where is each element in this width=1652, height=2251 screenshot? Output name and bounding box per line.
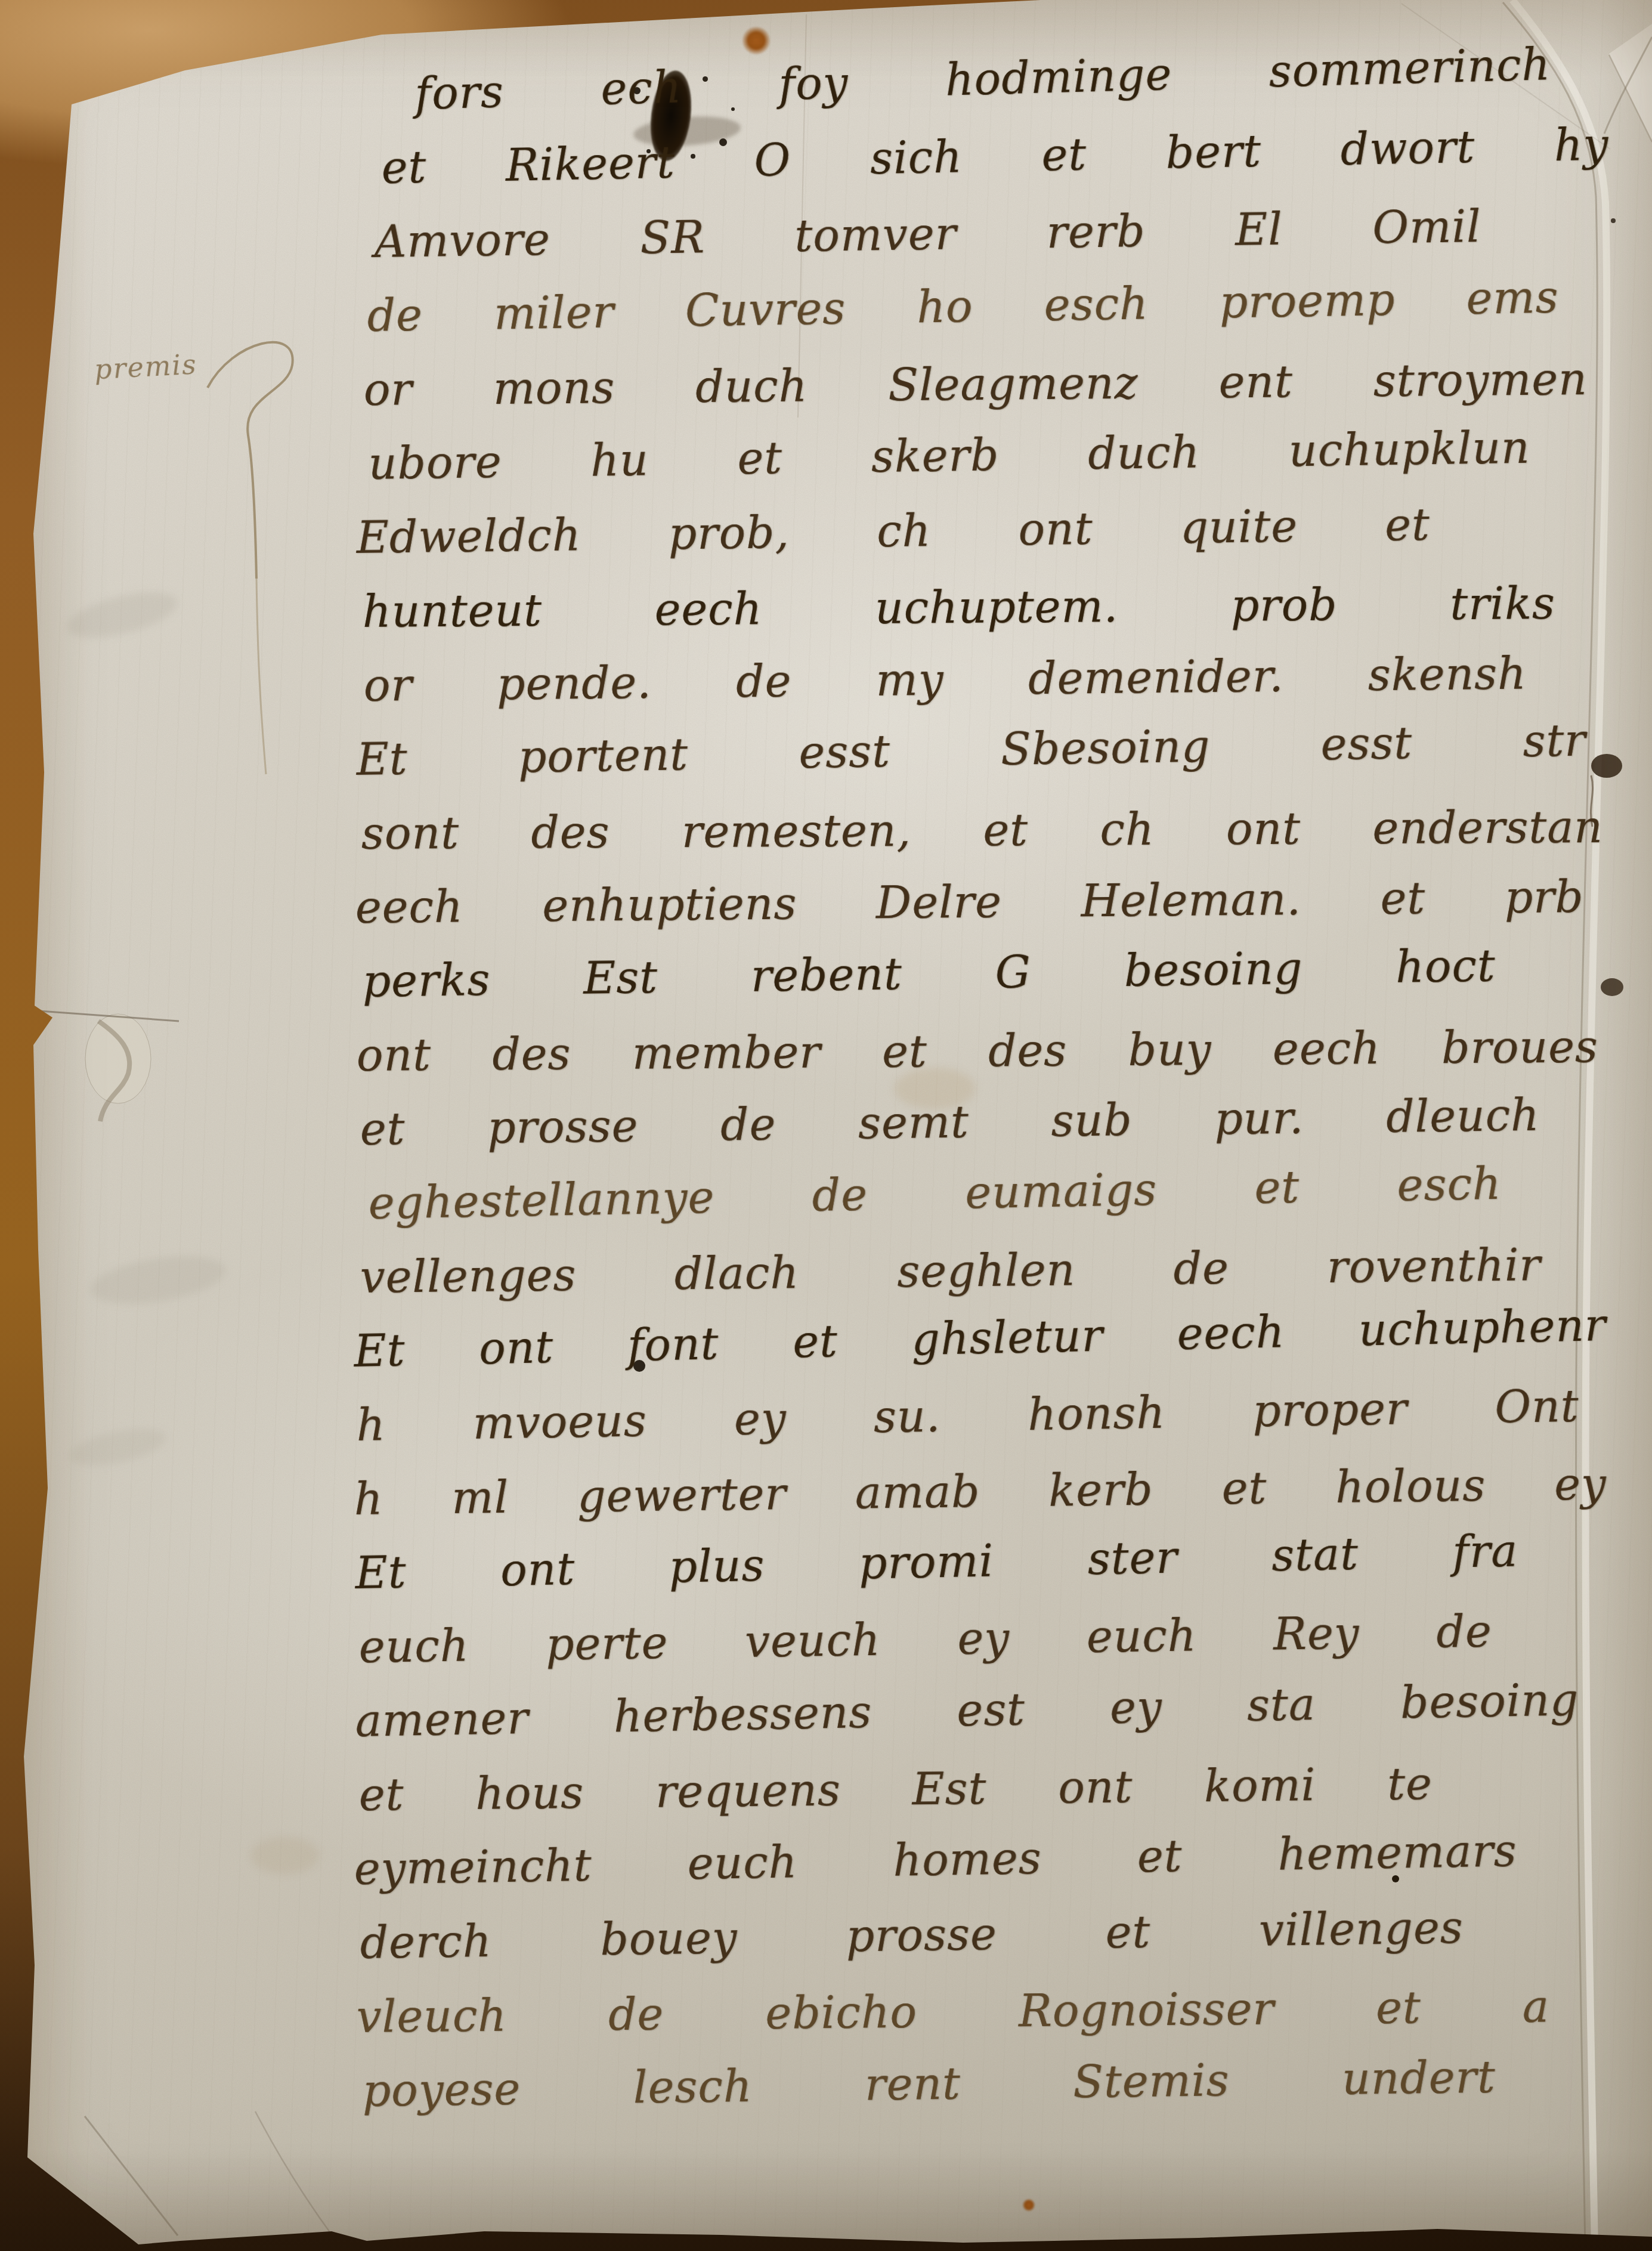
manuscript-line: et hous requens Est ont komi te: [358, 1760, 1433, 1838]
foxing-spot: [742, 26, 771, 55]
manuscript-line: sont des remesten, et ch ont enderstan: [361, 803, 1604, 877]
manuscript-line: eech enhuptiens Delre Heleman. et prb: [355, 873, 1585, 951]
stain: [250, 1837, 319, 1874]
paper-sheet: premis fors ech foy hodminge sommerinch …: [0, 0, 1652, 2251]
manuscript-line: or mons duch Sleagmenz ent stroymen: [364, 355, 1588, 433]
manuscript-photo: premis fors ech foy hodminge sommerinch …: [0, 0, 1652, 2251]
foxing-spot: [1022, 2199, 1035, 2212]
manuscript-line: hunteut eech uchuptem. prob triks: [363, 580, 1556, 655]
manuscript-line: vleuch de ebicho Rognoisser et a: [357, 1983, 1550, 2060]
manuscript-line: ont des member et des buy eech broues: [357, 1023, 1599, 1099]
margin-note: premis: [94, 348, 198, 386]
manuscript-line: poyese lesch rent Stemis undert: [362, 2054, 1496, 2134]
manuscript-line: Edweldch prob, ch ont quite et: [356, 501, 1430, 581]
manuscript-line: or pende. de my demenider. skensh: [363, 650, 1527, 729]
